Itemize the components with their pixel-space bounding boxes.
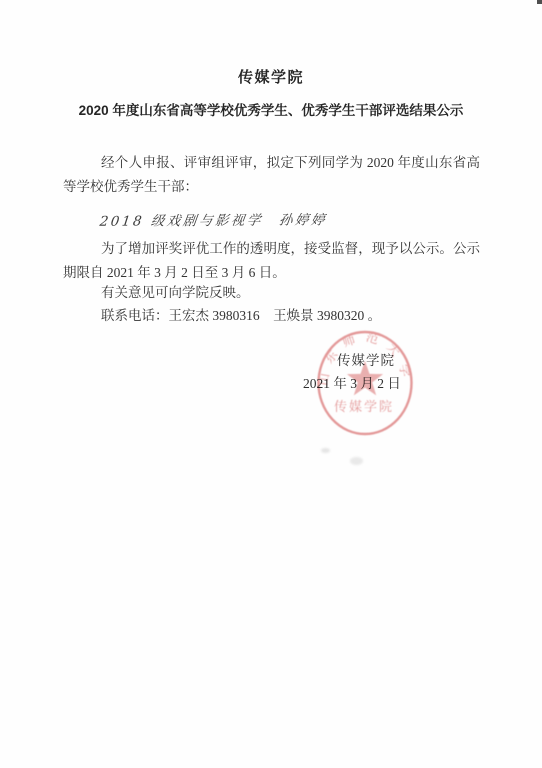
scan-smudge <box>321 448 330 453</box>
scan-corner-speck <box>537 0 542 4</box>
scan-smudge <box>350 457 363 465</box>
paragraph-intro: 经个人申报、评审组评审，拟定下列同学为 2020 年度山东省高等学校优秀学生干部… <box>63 151 480 198</box>
paragraph-notice: 为了增加评奖评优工作的透明度，接受监督，现予以公示。公示期限自 2021 年 3… <box>63 237 480 284</box>
document-title: 传媒学院 <box>0 66 542 87</box>
official-seal: 山东师范大学 传媒学院 <box>315 330 415 436</box>
line-feedback: 有关意见可向学院反映。 <box>63 281 480 305</box>
handwritten-student-entry: 2018 级戏剧与影视学 孙婷婷 <box>99 208 329 230</box>
document-page: 传媒学院 2020 年度山东省高等学校优秀学生、优秀学生干部评选结果公示 经个人… <box>0 0 542 768</box>
seal-star-icon <box>347 361 383 395</box>
seal-bottom-text: 传媒学院 <box>334 399 394 414</box>
line-contact: 联系电话：王宏杰 3980316 王焕景 3980320 。 <box>63 304 480 328</box>
document-subtitle: 2020 年度山东省高等学校优秀学生、优秀学生干部评选结果公示 <box>0 99 542 119</box>
